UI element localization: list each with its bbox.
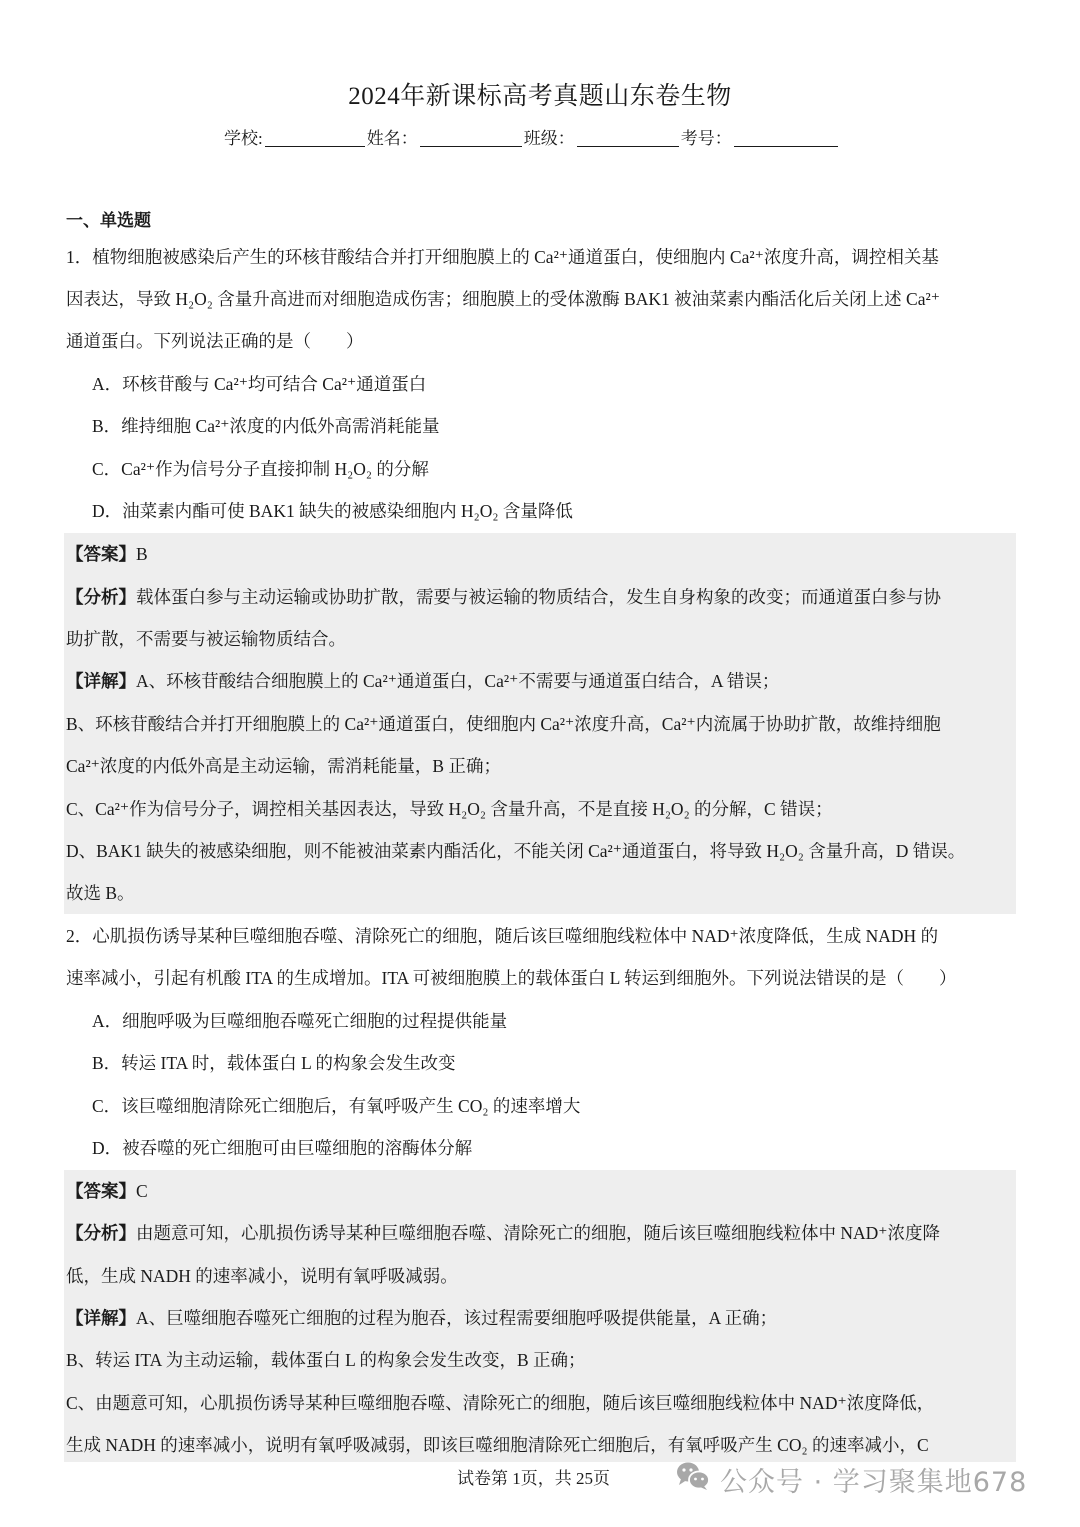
school-blank xyxy=(265,128,365,147)
detail-line: 生成 NADH 的速率减小，说明有氧呼吸减弱，即该巨噬细胞清除死亡细胞后，有氧呼… xyxy=(66,1433,929,1457)
detail-text: A、环核苷酸结合细胞膜上的 Ca²⁺通道蛋白，Ca²⁺不需要与通道蛋白结合，A … xyxy=(136,671,779,691)
analysis-line: 【分析】由题意可知，心肌损伤诱导某种巨噬细胞吞噬、清除死亡的细胞，随后该巨噬细胞… xyxy=(66,1221,940,1245)
question-stem-line: 通道蛋白。下列说法正确的是（ ） xyxy=(66,329,364,353)
question-stem-line: 1．植物细胞被感染后产生的环核苷酸结合并打开细胞膜上的 Ca²⁺通道蛋白，使细胞… xyxy=(66,245,939,269)
detail-line: 故选 B。 xyxy=(66,881,135,905)
class-blank xyxy=(577,128,679,147)
analysis-line: 【分析】载体蛋白参与主动运输或协助扩散，需要与被运输的物质结合，发生自身构象的改… xyxy=(66,585,941,609)
section-title: 一、单选题 xyxy=(66,209,151,233)
detail-line: 【详解】A、环核苷酸结合细胞膜上的 Ca²⁺通道蛋白，Ca²⁺不需要与通道蛋白结… xyxy=(66,669,779,693)
exam-number-label: 考号： xyxy=(681,124,732,149)
answer-value: B xyxy=(136,544,148,564)
analysis-line: 低，生成 NADH 的速率减小，说明有氧呼吸减弱。 xyxy=(66,1264,458,1288)
page-footer: 试卷第 1页，共 25页 xyxy=(457,1464,610,1489)
page-title: 2024年新课标高考真题山东卷生物 xyxy=(0,76,1080,112)
detail-label: 【详解】 xyxy=(66,1308,136,1328)
question-stem-line: 速率减小，引起有机酸 ITA 的生成增加。ITA 可被细胞膜上的载体蛋白 L 转… xyxy=(66,966,957,990)
wechat-icon xyxy=(676,1461,720,1498)
class-label: 班级： xyxy=(524,124,575,149)
name-label: 姓名： xyxy=(367,124,418,149)
detail-line: Ca²⁺浓度的内低外高是主动运输，需消耗能量，B 正确； xyxy=(66,754,501,778)
watermark: 公众号 · 学习聚集地678 xyxy=(676,1460,1027,1499)
question-stem-line: 因表达，导致 H₂O₂ 含量升高进而对细胞造成伤害；细胞膜上的受体激酶 BAK1… xyxy=(66,287,940,311)
analysis-line: 助扩散，不需要与被运输物质结合。 xyxy=(66,627,346,651)
detail-line: 【详解】A、巨噬细胞吞噬死亡细胞的过程为胞吞，该过程需要细胞呼吸提供能量，A 正… xyxy=(66,1306,777,1330)
exam-number-blank xyxy=(734,128,838,147)
analysis-label: 【分析】 xyxy=(66,587,136,607)
analysis-text: 载体蛋白参与主动运输或协助扩散，需要与被运输的物质结合，发生自身构象的改变；而通… xyxy=(136,587,941,607)
detail-line: D、BAK1 缺失的被感染细胞，则不能被油菜素内酯活化，不能关闭 Ca²⁺通道蛋… xyxy=(66,839,965,863)
analysis-label: 【分析】 xyxy=(66,1223,136,1243)
detail-line: B、转运 ITA 为主动运输，载体蛋白 L 的构象会发生改变，B 正确； xyxy=(66,1348,586,1372)
option-b: B．维持细胞 Ca²⁺浓度的内低外高需消耗能量 xyxy=(92,414,439,438)
name-blank xyxy=(420,128,522,147)
option-c: C．Ca²⁺作为信号分子直接抑制 H₂O₂ 的分解 xyxy=(92,457,429,481)
watermark-text: 公众号 · 学习聚集地678 xyxy=(720,1460,1027,1499)
option-a: A．环核苷酸与 Ca²⁺均可结合 Ca²⁺通道蛋白 xyxy=(92,372,426,396)
answer-value: C xyxy=(136,1181,148,1201)
detail-line: C、由题意可知，心肌损伤诱导某种巨噬细胞吞噬、清除死亡的细胞，随后该巨噬细胞线粒… xyxy=(66,1391,934,1415)
detail-label: 【详解】 xyxy=(66,671,136,691)
option-d: D．油菜素内酯可使 BAK1 缺失的被感染细胞内 H₂O₂ 含量降低 xyxy=(92,499,573,523)
detail-line: C、Ca²⁺作为信号分子，调控相关基因表达，导致 H₂O₂ 含量升高，不是直接 … xyxy=(66,797,833,821)
answer-line: 【答案】C xyxy=(66,1179,148,1203)
student-info-row: 学校: 姓名： 班级： 考号： xyxy=(224,124,840,149)
answer-label: 【答案】 xyxy=(66,544,136,564)
answer-line: 【答案】B xyxy=(66,542,148,566)
option-d: D．被吞噬的死亡细胞可由巨噬细胞的溶酶体分解 xyxy=(92,1136,472,1160)
detail-text: A、巨噬细胞吞噬死亡细胞的过程为胞吞，该过程需要细胞呼吸提供能量，A 正确； xyxy=(136,1308,777,1328)
option-c: C．该巨噬细胞清除死亡细胞后，有氧呼吸产生 CO₂ 的速率增大 xyxy=(92,1094,580,1118)
question-stem-line: 2．心肌损伤诱导某种巨噬细胞吞噬、清除死亡的细胞，随后该巨噬细胞线粒体中 NAD… xyxy=(66,924,938,948)
option-a: A．细胞呼吸为巨噬细胞吞噬死亡细胞的过程提供能量 xyxy=(92,1009,507,1033)
analysis-text: 由题意可知，心肌损伤诱导某种巨噬细胞吞噬、清除死亡的细胞，随后该巨噬细胞线粒体中… xyxy=(136,1223,940,1243)
detail-line: B、环核苷酸结合并打开细胞膜上的 Ca²⁺通道蛋白，使细胞内 Ca²⁺浓度升高，… xyxy=(66,712,941,736)
option-b: B．转运 ITA 时，载体蛋白 L 的构象会发生改变 xyxy=(92,1051,456,1075)
school-label: 学校: xyxy=(224,124,263,149)
answer-label: 【答案】 xyxy=(66,1181,136,1201)
